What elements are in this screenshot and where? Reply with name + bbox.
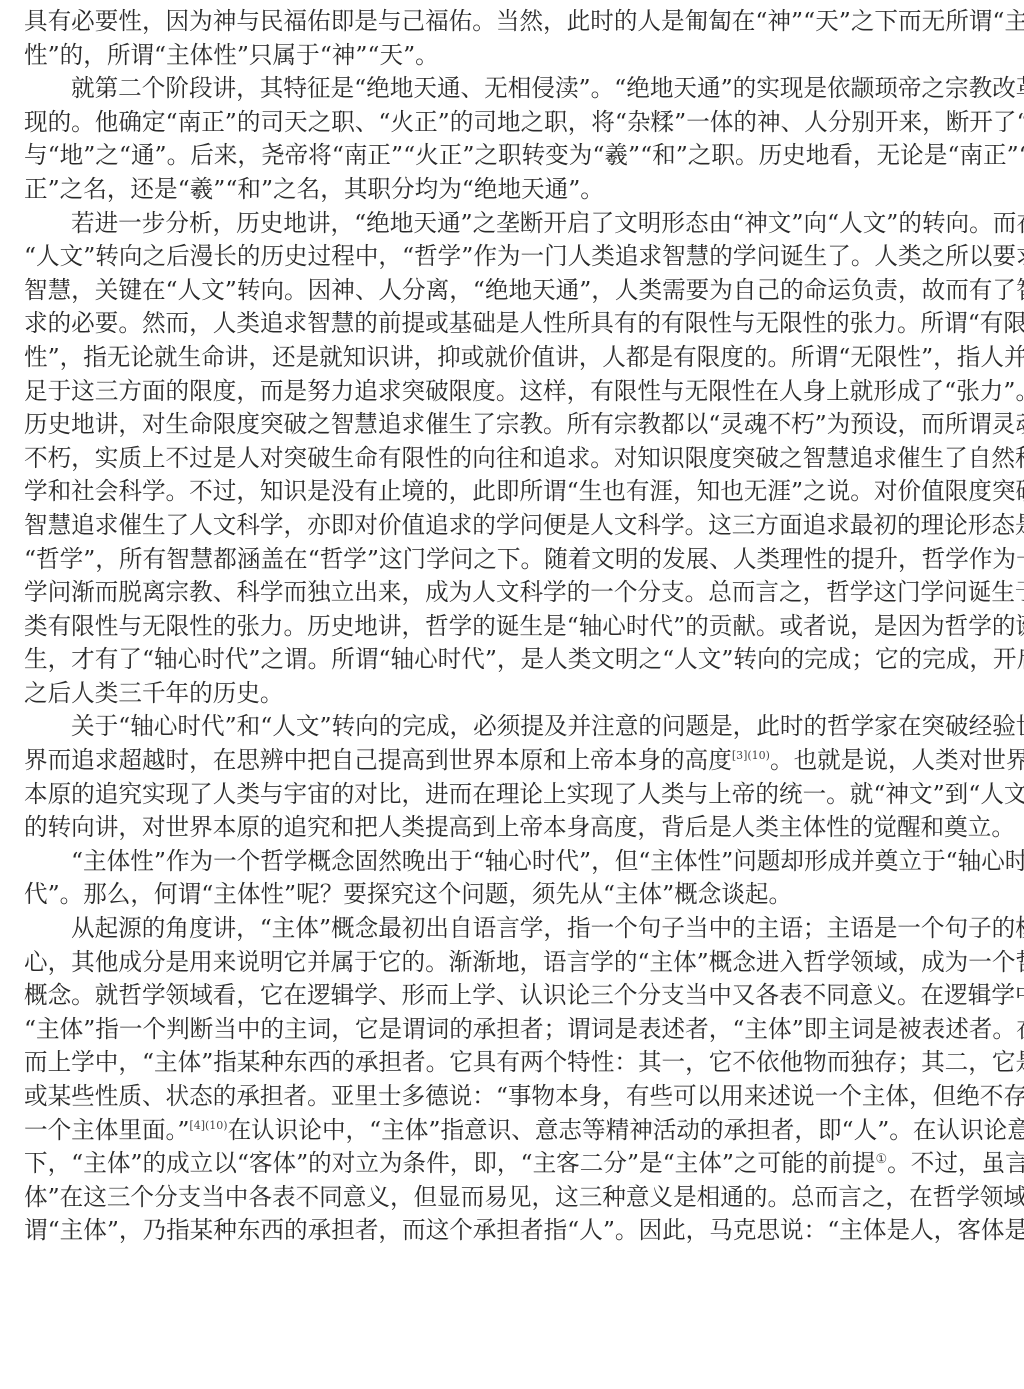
text-line: 学和社会科学。不过，知识是没有止境的，此即所谓“生也有涯，知也无涯”之说。对价值… <box>24 475 996 509</box>
text-line: 心，其他成分是用来说明它并属于它的。渐渐地，语言学的“主体”概念进入哲学领域，成… <box>24 946 996 980</box>
text-line: 关于“轴心时代”和“人文”转向的完成，必须提及并注意的问题是，此时的哲学家在突破… <box>24 710 996 744</box>
text-line: 性”的，所谓“主体性”只属于“神”“天”。 <box>24 39 996 73</box>
text-line: 代”。那么，何谓“主体性”呢？要探究这个问题，须先从“主体”概念谈起。 <box>24 878 996 912</box>
text-line: 界而追求超越时，在思辨中把自己提高到世界本原和上帝本身的高度[3](10)。也就… <box>24 744 996 778</box>
paragraph: 若进一步分析，历史地讲，“绝地天通”之垄断开启了文明形态由“神文”向“人文”的转… <box>24 207 996 711</box>
text-line: 之后人类三千年的历史。 <box>24 677 996 711</box>
footnote-marker[interactable]: ① <box>876 1152 888 1167</box>
text-line: 性”，指无论就生命讲，还是就知识讲，抑或就价值讲，人都是有限度的。所谓“无限性”… <box>24 341 996 375</box>
text-line: 就第二个阶段讲，其特征是“绝地天通、无相侵渎”。“绝地天通”的实现是依颛顼帝之宗… <box>24 72 996 106</box>
text-line: 谓“主体”，乃指某种东西的承担者，而这个承担者指“人”。因此，马克思说：“主体是… <box>24 1214 996 1248</box>
text-line: 智慧，关键在“人文”转向。因神、人分离，“绝地天通”，人类需要为自己的命运负责，… <box>24 274 996 308</box>
text-line: 体”在这三个分支当中各表不同意义，但显而易见，这三种意义是相通的。总而言之，在哲… <box>24 1181 996 1215</box>
text-line: 概念。就哲学领域看，它在逻辑学、形而上学、认识论三个分支当中又各表不同意义。在逻… <box>24 979 996 1013</box>
text-line: 与“地”之“通”。后来，尧帝将“南正”“火正”之职转变为“羲”“和”之职。历史地… <box>24 139 996 173</box>
line-text: 。不过，虽言“主 <box>887 1149 1024 1177</box>
text-line: “主体”指一个判断当中的主词，它是谓词的承担者；谓词是表述者，“主体”即主词是被… <box>24 1013 996 1047</box>
text-line: 的转向讲，对世界本原的追究和把人类提高到上帝本身高度，背后是人类主体性的觉醒和奠… <box>24 811 996 845</box>
text-line: 而上学中，“主体”指某种东西的承担者。它具有两个特性：其一，它不依他物而独存；其… <box>24 1046 996 1080</box>
text-line: 现的。他确定“南正”的司天之职、“火正”的司地之职，将“杂糅”一体的神、人分别开… <box>24 106 996 140</box>
citation-reference: [4](10) <box>189 1119 227 1132</box>
text-line: “哲学”，所有智慧都涵盖在“哲学”这门学问之下。随着文明的发展、人类理性的提升，… <box>24 543 996 577</box>
line-text: 下，“主体”的成立以“客体”的对立为条件，即，“主客二分”是“主体”之可能的前提 <box>24 1149 876 1177</box>
paragraph: 具有必要性，因为神与民福佑即是与己福佑。当然，此时的人是匍匐在“神”“天”之下而… <box>24 5 996 72</box>
text-line: 不朽，实质上不过是人对突破生命有限性的向往和追求。对知识限度突破之智慧追求催生了… <box>24 442 996 476</box>
citation-reference: [3](10) <box>732 749 770 762</box>
text-line: 生，才有了“轴心时代”之谓。所谓“轴心时代”，是人类文明之“人文”转向的完成；它… <box>24 643 996 677</box>
text-line: 正”之名，还是“羲”“和”之名，其职分均为“绝地天通”。 <box>24 173 996 207</box>
text-line: 一个主体里面。”[4](10)在认识论中，“主体”指意识、意志等精神活动的承担者… <box>24 1114 996 1148</box>
document-page: 具有必要性，因为神与民福佑即是与己福佑。当然，此时的人是匍匐在“神”“天”之下而… <box>24 5 996 1248</box>
paragraph: 就第二个阶段讲，其特征是“绝地天通、无相侵渎”。“绝地天通”的实现是依颛顼帝之宗… <box>24 72 996 206</box>
text-line: 或某些性质、状态的承担者。亚里士多德说：“事物本身，有些可以用来述说一个主体，但… <box>24 1080 996 1114</box>
paragraph: 关于“轴心时代”和“人文”转向的完成，必须提及并注意的问题是，此时的哲学家在突破… <box>24 710 996 844</box>
text-line: 历史地讲，对生命限度突破之智慧追求催生了宗教。所有宗教都以“灵魂不朽”为预设，而… <box>24 408 996 442</box>
text-line: 类有限性与无限性的张力。历史地讲，哲学的诞生是“轴心时代”的贡献。或者说，是因为… <box>24 610 996 644</box>
text-line: 若进一步分析，历史地讲，“绝地天通”之垄断开启了文明形态由“神文”向“人文”的转… <box>24 207 996 241</box>
line-text: 界而追求超越时，在思辨中把自己提高到世界本原和上帝本身的高度 <box>24 746 732 774</box>
text-line: 从起源的角度讲，“主体”概念最初出自语言学，指一个句子当中的主语；主语是一个句子… <box>24 912 996 946</box>
text-line: 智慧追求催生了人文科学，亦即对价值追求的学问便是人文科学。这三方面追求最初的理论… <box>24 509 996 543</box>
text-line: 求的必要。然而，人类追求智慧的前提或基础是人性所具有的有限性与无限性的张力。所谓… <box>24 307 996 341</box>
line-text: 。也就是说，人类对世界 <box>770 746 1024 774</box>
paragraph: 从起源的角度讲，“主体”概念最初出自语言学，指一个句子当中的主语；主语是一个句子… <box>24 912 996 1248</box>
text-line: 具有必要性，因为神与民福佑即是与己福佑。当然，此时的人是匍匐在“神”“天”之下而… <box>24 5 996 39</box>
text-line: 本原的追究实现了人类与宇宙的对比，进而在理论上实现了人类与上帝的统一。就“神文”… <box>24 778 996 812</box>
text-line: 学问渐而脱离宗教、科学而独立出来，成为人文科学的一个分支。总而言之，哲学这门学问… <box>24 576 996 610</box>
line-text: 一个主体里面。” <box>24 1116 189 1144</box>
text-line: 足于这三方面的限度，而是努力追求突破限度。这样，有限性与无限性在人身上就形成了“… <box>24 375 996 409</box>
line-text: 在认识论中，“主体”指意识、意志等精神活动的承担者，即“人”。在认识论意义 <box>228 1116 1024 1144</box>
text-line: “主体性”作为一个哲学概念固然晚出于“轴心时代”，但“主体性”问题却形成并奠立于… <box>24 845 996 879</box>
text-line: “人文”转向之后漫长的历史过程中，“哲学”作为一门人类追求智慧的学问诞生了。人类… <box>24 240 996 274</box>
paragraph: “主体性”作为一个哲学概念固然晚出于“轴心时代”，但“主体性”问题却形成并奠立于… <box>24 845 996 912</box>
text-line: 下，“主体”的成立以“客体”的对立为条件，即，“主客二分”是“主体”之可能的前提… <box>24 1147 996 1181</box>
